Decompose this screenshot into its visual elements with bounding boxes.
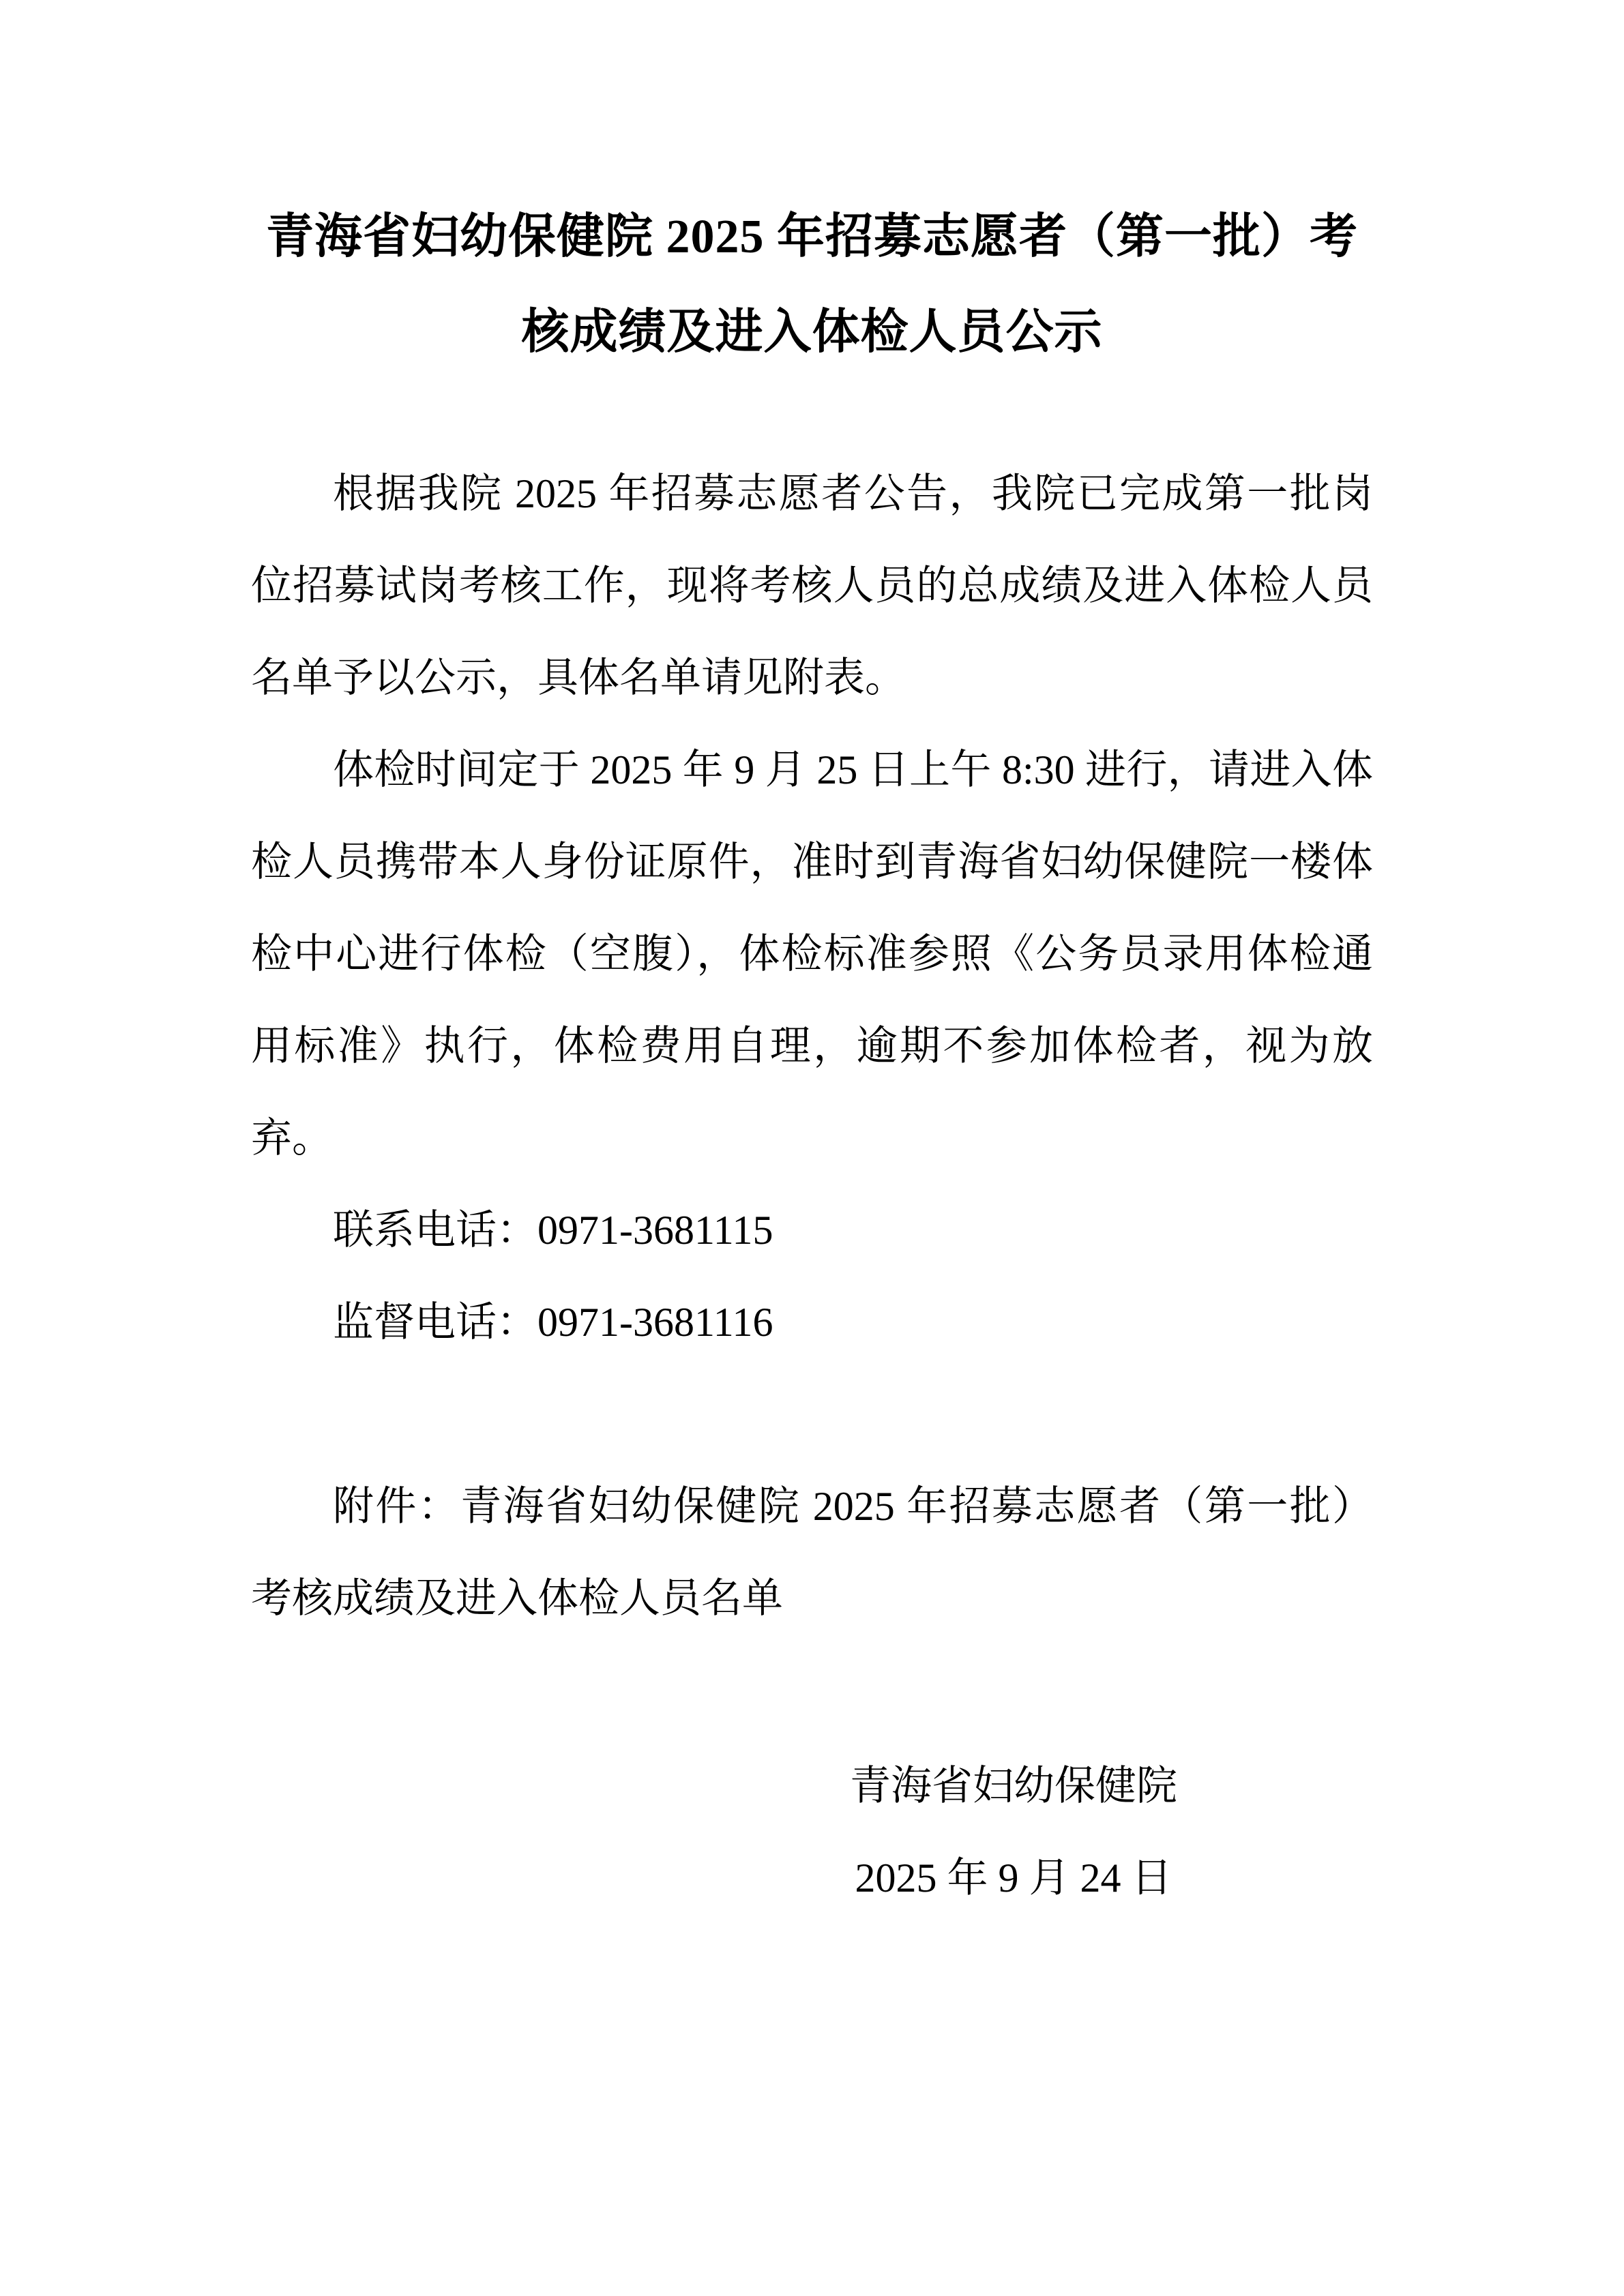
contact-phone-line: 联系电话：0971-3681115	[251, 1184, 1373, 1277]
supervision-phone-line: 监督电话：0971-3681116	[251, 1277, 1373, 1369]
signature-block: 青海省妇幼保健院 2025 年 9 月 24 日	[850, 1740, 1177, 1924]
signature-date: 2025 年 9 月 24 日	[850, 1832, 1177, 1924]
document-body: 根据我院 2025 年招募志愿者公告，我院已完成第一批岗位招募试岗考核工作，现将…	[251, 448, 1373, 1924]
paragraph-exam-instructions: 体检时间定于 2025 年 9 月 25 日上午 8:30 进行，请进入体检人员…	[251, 724, 1373, 1184]
document-page: 青海省妇幼保健院 2025 年招募志愿者（第一批）考 核成绩及进入体检人员公示 …	[0, 0, 1624, 2296]
paragraph-announcement: 根据我院 2025 年招募志愿者公告，我院已完成第一批岗位招募试岗考核工作，现将…	[251, 448, 1373, 724]
title-line-1: 青海省妇幼保健院 2025 年招募志愿者（第一批）考	[251, 190, 1373, 285]
title-line-2: 核成绩及进入体检人员公示	[251, 285, 1373, 381]
attachment-line: 附件：青海省妇幼保健院 2025 年招募志愿者（第一批）考核成绩及进入体检人员名…	[251, 1461, 1373, 1645]
page-title: 青海省妇幼保健院 2025 年招募志愿者（第一批）考 核成绩及进入体检人员公示	[251, 190, 1373, 381]
signature-org: 青海省妇幼保健院	[850, 1740, 1177, 1832]
